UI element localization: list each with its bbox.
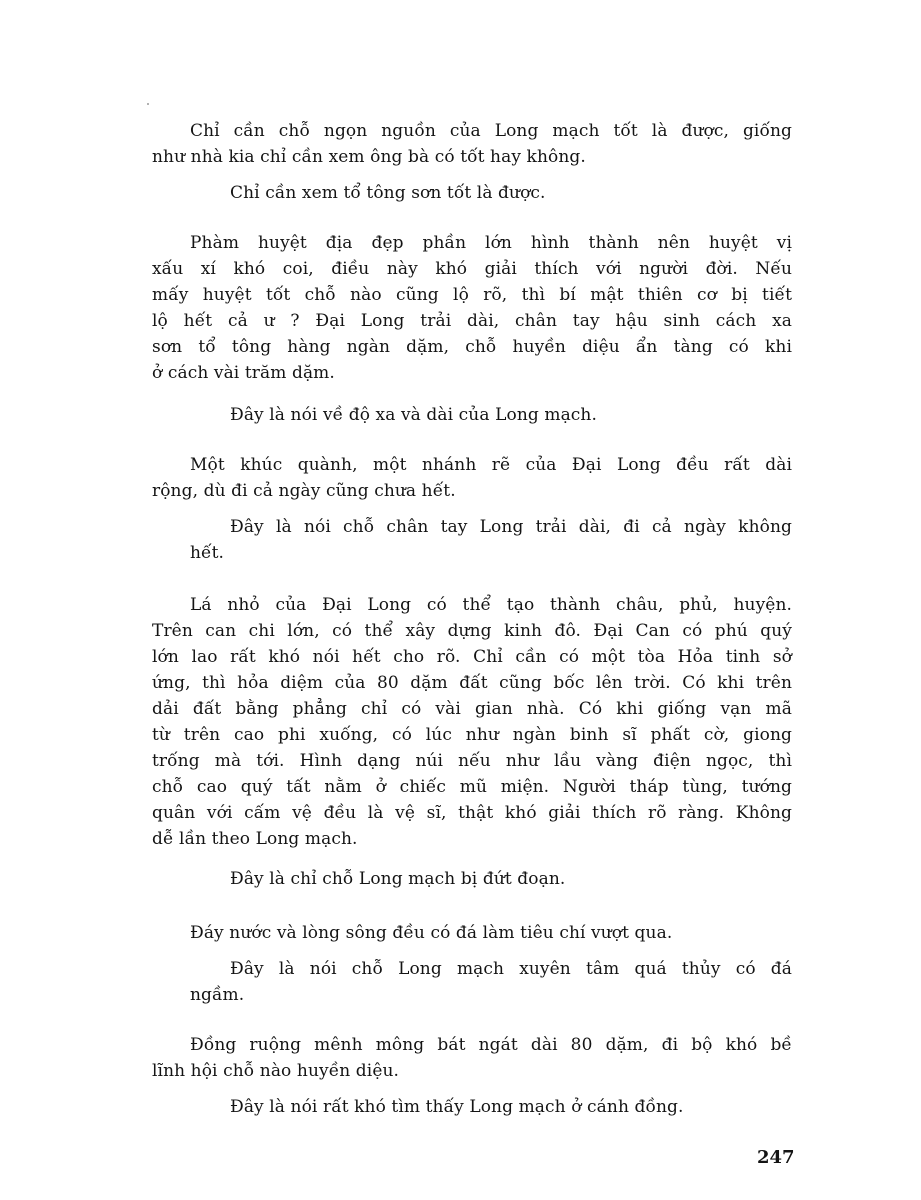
page-number: 247 [757, 1146, 795, 1170]
scan-speck [147, 103, 149, 105]
text-line: Đây là nói về độ xa và dài của Long mạch… [230, 402, 792, 428]
text-line: Đây là nói chỗ Long mạch xuyên tâm quá t… [230, 956, 792, 982]
text-line: Chỉ cần xem tổ tông sơn tốt là được. [230, 180, 792, 206]
text-line: Phàm huyệt địa đẹp phần lớn hình thành n… [190, 230, 792, 256]
text-line: ứng, thì hỏa diệm của 80 dặm đất cũng bố… [152, 670, 792, 696]
text-line: lộ hết cả ư ? Đại Long trải dài, chân ta… [152, 308, 792, 334]
text-line: chỗ cao quý tất nằm ở chiếc mũ miện. Ngư… [152, 774, 792, 800]
text-line: mấy huyệt tốt chỗ nào cũng lộ rõ, thì bí… [152, 282, 792, 308]
text-line: Lá nhỏ của Đại Long có thể tạo thành châ… [190, 592, 792, 618]
text-line: như nhà kia chỉ cần xem ông bà có tốt ha… [152, 144, 792, 170]
text-line: lớn lao rất khó nói hết cho rõ. Chỉ cần … [152, 644, 792, 670]
text-line: từ trên cao phi xuống, có lúc như ngàn b… [152, 722, 792, 748]
text-line: dải đất bằng phẳng chỉ có vài gian nhà. … [152, 696, 792, 722]
text-line: xấu xí khó coi, điều này khó giải thích … [152, 256, 792, 282]
text-line: Đây là chỉ chỗ Long mạch bị đứt đoạn. [230, 866, 792, 892]
text-line: dễ lần theo Long mạch. [152, 826, 792, 852]
text-line: hết. [190, 540, 792, 566]
text-line: quân với cấm vệ đều là vệ sĩ, thật khó g… [152, 800, 792, 826]
text-line: Đây là nói rất khó tìm thấy Long mạch ở … [230, 1094, 792, 1120]
book-page: Chỉ cần chỗ ngọn nguồn của Long mạch tốt… [0, 0, 921, 1200]
text-line: Một khúc quành, một nhánh rẽ của Đại Lon… [190, 452, 792, 478]
text-line: trống mà tới. Hình dạng núi nếu như lầu … [152, 748, 792, 774]
text-line: Chỉ cần chỗ ngọn nguồn của Long mạch tốt… [190, 118, 792, 144]
text-line: Trên can chi lớn, có thể xây dựng kinh đ… [152, 618, 792, 644]
text-line: ở cách vài trăm dặm. [152, 360, 792, 386]
text-line: lĩnh hội chỗ nào huyền diệu. [152, 1058, 792, 1084]
text-line: Đáy nước và lòng sông đều có đá làm tiêu… [190, 920, 792, 946]
text-line: sơn tổ tông hàng ngàn dặm, chỗ huyền diệ… [152, 334, 792, 360]
text-line: Đồng ruộng mênh mông bát ngát dài 80 dặm… [190, 1032, 792, 1058]
text-line: rộng, dù đi cả ngày cũng chưa hết. [152, 478, 792, 504]
text-line: ngầm. [190, 982, 792, 1008]
text-line: Đây là nói chỗ chân tay Long trải dài, đ… [230, 514, 792, 540]
